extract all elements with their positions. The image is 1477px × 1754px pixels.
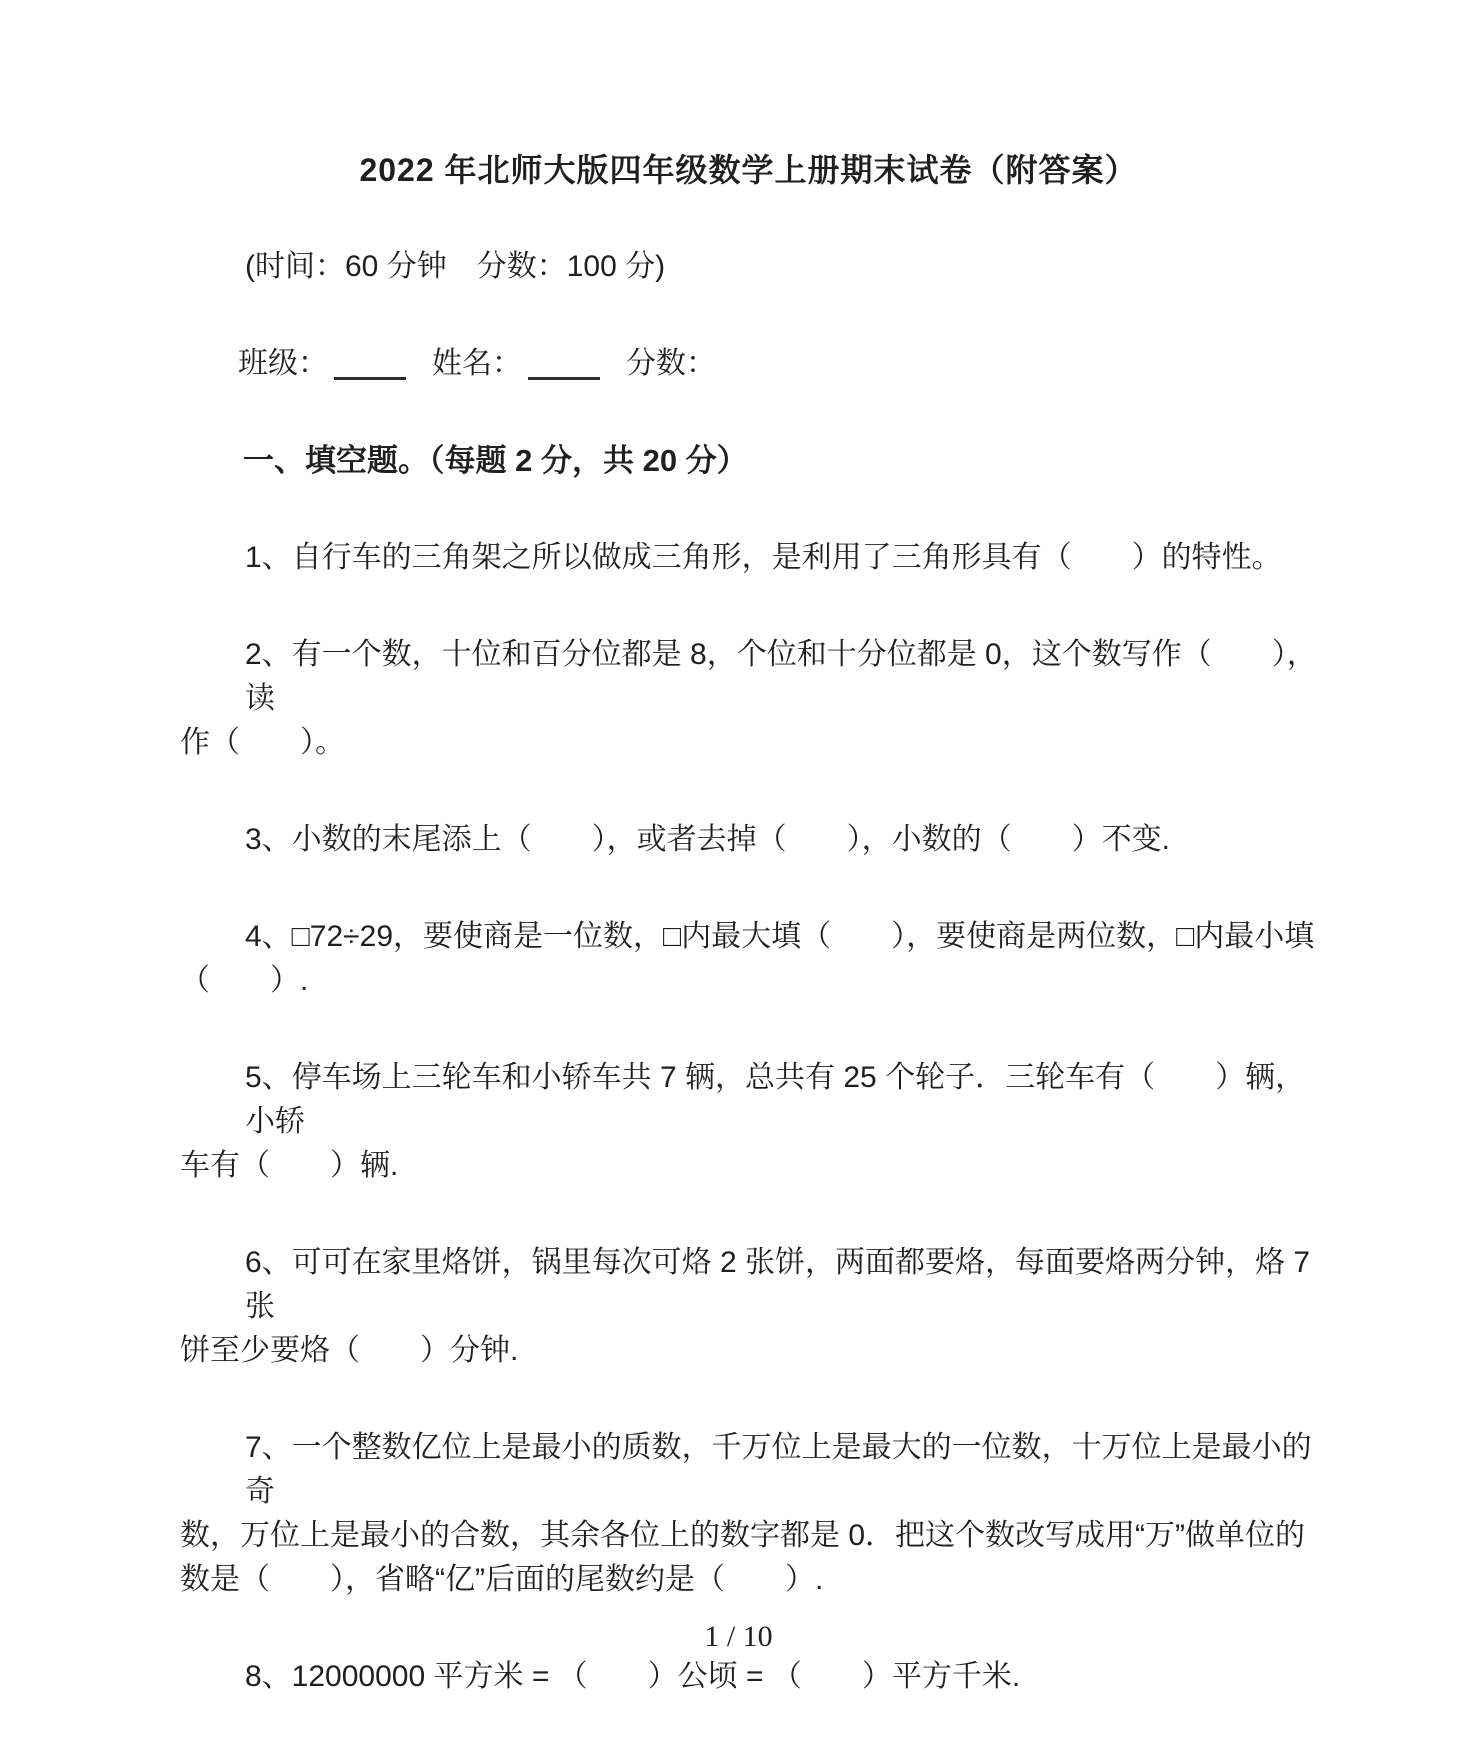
question-3-line-1: 3、小数的末尾添上（ ），或者去掉（ ），小数的（ ）不变.: [180, 818, 1317, 862]
student-info-line: 班级：姓名：分数：: [180, 342, 1317, 386]
question-2-line-2: 作（ ）。: [180, 721, 1317, 765]
question-6-line-2: 饼至少要烙（ ）分钟.: [180, 1329, 1317, 1373]
question-7-line-3: 数是（ ），省略“亿”后面的尾数约是（ ）.: [180, 1558, 1317, 1602]
page-number: 1 / 10: [0, 1615, 1477, 1659]
question-8-line-1: 8、12000000 平方米 = （ ）公顷 = （ ）平方千米.: [180, 1655, 1317, 1699]
question-1: 1、自行车的三角架之所以做成三角形，是利用了三角形具有（ ）的特性。: [180, 536, 1317, 580]
page-content: 2022 年北师大版四年级数学上册期末试卷（附答案） (时间：60 分钟 分数：…: [0, 0, 1477, 1699]
exam-title: 2022 年北师大版四年级数学上册期末试卷（附答案）: [180, 148, 1317, 192]
question-8: 8、12000000 平方米 = （ ）公顷 = （ ）平方千米.: [180, 1655, 1317, 1699]
section-1-heading: 一、填空题。（每题 2 分，共 20 分）: [180, 439, 1317, 483]
name-label: 姓名：: [432, 347, 522, 380]
class-label: 班级：: [238, 347, 328, 380]
question-5: 5、停车场上三轮车和小轿车共 7 辆，总共有 25 个轮子．三轮车有（ ）辆，小…: [180, 1056, 1317, 1188]
question-4: 4、□72÷29，要使商是一位数，□内最大填（ ），要使商是两位数，□内最小填 …: [180, 915, 1317, 1003]
question-4-line-2: （ ）.: [180, 959, 1317, 1003]
question-7-line-1: 7、一个整数亿位上是最小的质数，千万位上是最大的一位数，十万位上是最小的奇: [180, 1426, 1317, 1514]
class-blank-line: [334, 354, 406, 380]
question-5-line-2: 车有（ ）辆.: [180, 1144, 1317, 1188]
name-blank-line: [528, 354, 600, 380]
question-6: 6、可可在家里烙饼，锅里每次可烙 2 张饼，两面都要烙，每面要烙两分钟，烙 7 …: [180, 1241, 1317, 1373]
question-5-line-1: 5、停车场上三轮车和小轿车共 7 辆，总共有 25 个轮子．三轮车有（ ）辆，小…: [180, 1056, 1317, 1144]
question-7: 7、一个整数亿位上是最小的质数，千万位上是最大的一位数，十万位上是最小的奇 数，…: [180, 1426, 1317, 1602]
score-label: 分数：: [626, 347, 716, 380]
question-4-line-1: 4、□72÷29，要使商是一位数，□内最大填（ ），要使商是两位数，□内最小填: [180, 915, 1317, 959]
question-3: 3、小数的末尾添上（ ），或者去掉（ ），小数的（ ）不变.: [180, 818, 1317, 862]
question-1-line-1: 1、自行车的三角架之所以做成三角形，是利用了三角形具有（ ）的特性。: [180, 536, 1317, 580]
question-2-line-1: 2、有一个数，十位和百分位都是 8，个位和十分位都是 0，这个数写作（ ），读: [180, 633, 1317, 721]
exam-meta-line: (时间：60 分钟 分数：100 分): [180, 245, 1317, 289]
question-2: 2、有一个数，十位和百分位都是 8，个位和十分位都是 0，这个数写作（ ），读 …: [180, 633, 1317, 765]
question-7-line-2: 数，万位上是最小的合数，其余各位上的数字都是 0．把这个数改写成用“万”做单位的: [180, 1514, 1317, 1558]
question-6-line-1: 6、可可在家里烙饼，锅里每次可烙 2 张饼，两面都要烙，每面要烙两分钟，烙 7 …: [180, 1241, 1317, 1329]
exam-paper-page: 2022 年北师大版四年级数学上册期末试卷（附答案） (时间：60 分钟 分数：…: [0, 0, 1477, 1754]
